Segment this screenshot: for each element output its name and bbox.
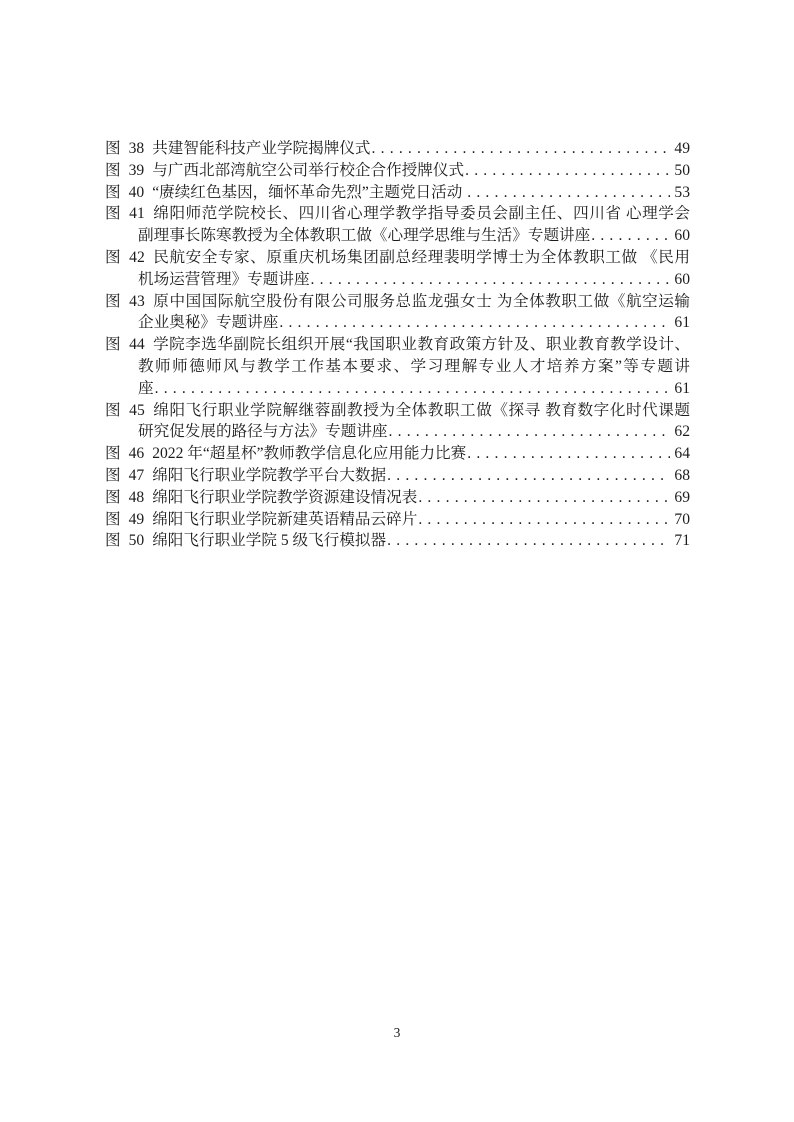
toc-line: 图50绵阳飞行职业学院 5 级飞行模拟器71 [105, 530, 690, 552]
figure-title: 教师师德师风与教学工作基本要求、学习理解专业人才培养方案”等专题讲 [138, 358, 690, 375]
figure-label: 图 [105, 182, 121, 204]
toc-entry[interactable]: 图38共建智能科技产业学院揭牌仪式49 [105, 138, 690, 160]
dot-leader [387, 530, 670, 552]
toc-page-number: 50 [674, 160, 690, 182]
dot-leader [465, 160, 670, 182]
toc-line: 图42民航安全专家、原重庆机场集团副总经理裴明学博士为全体教职工做 《民用 [105, 247, 690, 269]
toc-line: 教师师德师风与教学工作基本要求、学习理解专业人才培养方案”等专题讲 [105, 356, 690, 378]
figure-label: 图 [105, 138, 121, 160]
figure-label: 图 [105, 293, 121, 310]
figure-number: 46 [129, 443, 145, 465]
toc-line: 图43原中国国际航空股份有限公司服务总监龙强女士 为全体教职工做《航空运输 [105, 291, 690, 313]
toc-page-number: 70 [674, 509, 690, 531]
toc-line: 图45绵阳飞行职业学院解继蓉副教授为全体教职工做《探寻 教育数字化时代课题 [105, 400, 690, 422]
figure-title: 绵阳飞行职业学院教学平台大数据 [152, 465, 386, 487]
figure-number: 47 [129, 465, 145, 487]
figure-label: 图 [105, 530, 121, 552]
toc-entry[interactable]: 图45绵阳飞行职业学院解继蓉副教授为全体教职工做《探寻 教育数字化时代课题研究促… [105, 400, 690, 444]
toc-line: 图462022 年“超星杯”教师教学信息化应用能力比赛64 [105, 443, 690, 465]
figure-title: 企业奥秘》专题讲座 [138, 312, 278, 334]
toc-entry[interactable]: 图462022 年“超星杯”教师教学信息化应用能力比赛64 [105, 443, 690, 465]
figure-number: 45 [129, 402, 145, 419]
toc-line: 图39与广西北部湾航空公司举行校企合作授牌仪式50 [105, 160, 690, 182]
figure-number: 39 [129, 160, 145, 182]
figure-label: 图 [105, 402, 121, 419]
dot-leader [418, 487, 670, 509]
figure-title: 学院李选华副院长组织开展“我国职业教育政策方针及、职业教育教学设计、 [153, 336, 690, 353]
figure-number: 40 [129, 182, 145, 204]
toc-entry[interactable]: 图48绵阳飞行职业学院教学资源建设情况表69 [105, 487, 690, 509]
dot-leader [389, 421, 671, 443]
toc-page-number: 64 [674, 443, 690, 465]
figure-number: 50 [129, 530, 145, 552]
figure-number: 44 [129, 336, 145, 353]
toc-line: 研究促发展的路径与方法》专题讲座62 [105, 421, 690, 443]
toc-page-number: 60 [674, 269, 690, 291]
page-footer: 3 [0, 1025, 794, 1041]
toc-page-number: 62 [674, 421, 690, 443]
figure-number: 48 [129, 487, 145, 509]
figure-title: 绵阳飞行职业学院教学资源建设情况表 [152, 487, 417, 509]
toc-page-number: 60 [674, 225, 690, 247]
figure-title: 共建智能科技产业学院揭牌仪式 [152, 138, 370, 160]
figure-number: 43 [129, 293, 145, 310]
toc-entry[interactable]: 图39与广西北部湾航空公司举行校企合作授牌仪式50 [105, 160, 690, 182]
toc-entry[interactable]: 图41绵阳师范学院校长、四川省心理学教学指导委员会副主任、四川省 心理学会副理事… [105, 203, 690, 247]
dot-leader [372, 138, 671, 160]
figure-label: 图 [105, 249, 121, 266]
toc-line: 座61 [105, 378, 690, 400]
toc-line: 图47绵阳飞行职业学院教学平台大数据68 [105, 465, 690, 487]
figure-title: 民航安全专家、原重庆机场集团副总经理裴明学博士为全体教职工做 《民用 [153, 249, 690, 266]
figure-label: 图 [105, 205, 121, 222]
toc-line: 图41绵阳师范学院校长、四川省心理学教学指导委员会副主任、四川省 心理学会 [105, 203, 690, 225]
figure-title: “赓续红色基因，缅怀革命先烈”主题党日活动 [152, 182, 466, 204]
figure-title: 座 [138, 378, 154, 400]
toc-entry[interactable]: 图50绵阳飞行职业学院 5 级飞行模拟器71 [105, 530, 690, 552]
figure-label: 图 [105, 487, 121, 509]
toc-page-number: 61 [674, 378, 690, 400]
page-number: 3 [394, 1025, 401, 1040]
toc-line: 图49绵阳飞行职业学院新建英语精品云碎片70 [105, 509, 690, 531]
dot-leader [467, 182, 670, 204]
figure-number: 49 [129, 509, 145, 531]
figure-title: 研究促发展的路径与方法》专题讲座 [138, 421, 388, 443]
toc-page-number: 69 [674, 487, 690, 509]
figure-title: 副理事长陈寒教授为全体教职工做《心理学思维与生活》专题讲座 [138, 225, 590, 247]
figure-title: 2022 年“超星杯”教师教学信息化应用能力比赛 [152, 443, 466, 465]
figure-title: 与广西北部湾航空公司举行校企合作授牌仪式 [152, 160, 464, 182]
figure-label: 图 [105, 336, 121, 353]
toc-entry[interactable]: 图49绵阳飞行职业学院新建英语精品云碎片70 [105, 509, 690, 531]
figure-title: 绵阳飞行职业学院新建英语精品云碎片 [152, 509, 417, 531]
toc-line: 企业奥秘》专题讲座61 [105, 312, 690, 334]
dot-leader [311, 269, 671, 291]
dot-leader [387, 465, 670, 487]
dot-leader [279, 312, 670, 334]
toc-page-number: 49 [674, 138, 690, 160]
toc-entry[interactable]: 图43原中国国际航空股份有限公司服务总监龙强女士 为全体教职工做《航空运输企业奥… [105, 291, 690, 335]
toc-line: 图44学院李选华副院长组织开展“我国职业教育政策方针及、职业教育教学设计、 [105, 334, 690, 356]
dot-leader [591, 225, 670, 247]
figure-title: 绵阳师范学院校长、四川省心理学教学指导委员会副主任、四川省 心理学会 [153, 205, 690, 222]
figure-title: 原中国国际航空股份有限公司服务总监龙强女士 为全体教职工做《航空运输 [153, 293, 690, 310]
toc-page-number: 71 [674, 530, 690, 552]
toc-line: 副理事长陈寒教授为全体教职工做《心理学思维与生活》专题讲座60 [105, 225, 690, 247]
toc-entry[interactable]: 图40“赓续红色基因，缅怀革命先烈”主题党日活动 53 [105, 182, 690, 204]
figure-number: 38 [129, 138, 145, 160]
figure-label: 图 [105, 465, 121, 487]
dot-leader [155, 378, 671, 400]
toc-line: 图48绵阳飞行职业学院教学资源建设情况表69 [105, 487, 690, 509]
toc-line: 图38共建智能科技产业学院揭牌仪式49 [105, 138, 690, 160]
figure-label: 图 [105, 160, 121, 182]
figure-number: 41 [129, 205, 145, 222]
figure-label: 图 [105, 509, 121, 531]
toc-page-number: 61 [674, 312, 690, 334]
toc-line: 机场运营管理》专题讲座60 [105, 269, 690, 291]
toc-line: 图40“赓续红色基因，缅怀革命先烈”主题党日活动 53 [105, 182, 690, 204]
toc-entry[interactable]: 图42民航安全专家、原重庆机场集团副总经理裴明学博士为全体教职工做 《民用机场运… [105, 247, 690, 291]
toc-page-number: 68 [674, 465, 690, 487]
figure-title: 绵阳飞行职业学院解继蓉副教授为全体教职工做《探寻 教育数字化时代课题 [153, 402, 690, 419]
document-page: 图38共建智能科技产业学院揭牌仪式49图39与广西北部湾航空公司举行校企合作授牌… [0, 0, 794, 1122]
toc-entry[interactable]: 图47绵阳飞行职业学院教学平台大数据68 [105, 465, 690, 487]
toc-entry[interactable]: 图44学院李选华副院长组织开展“我国职业教育政策方针及、职业教育教学设计、教师师… [105, 334, 690, 399]
figure-number: 42 [129, 249, 145, 266]
list-of-figures: 图38共建智能科技产业学院揭牌仪式49图39与广西北部湾航空公司举行校企合作授牌… [105, 138, 690, 552]
figure-title: 机场运营管理》专题讲座 [138, 269, 310, 291]
dot-leader [418, 509, 670, 531]
figure-label: 图 [105, 443, 121, 465]
dot-leader [467, 443, 670, 465]
toc-page-number: 53 [674, 182, 690, 204]
figure-title: 绵阳飞行职业学院 5 级飞行模拟器 [152, 530, 386, 552]
